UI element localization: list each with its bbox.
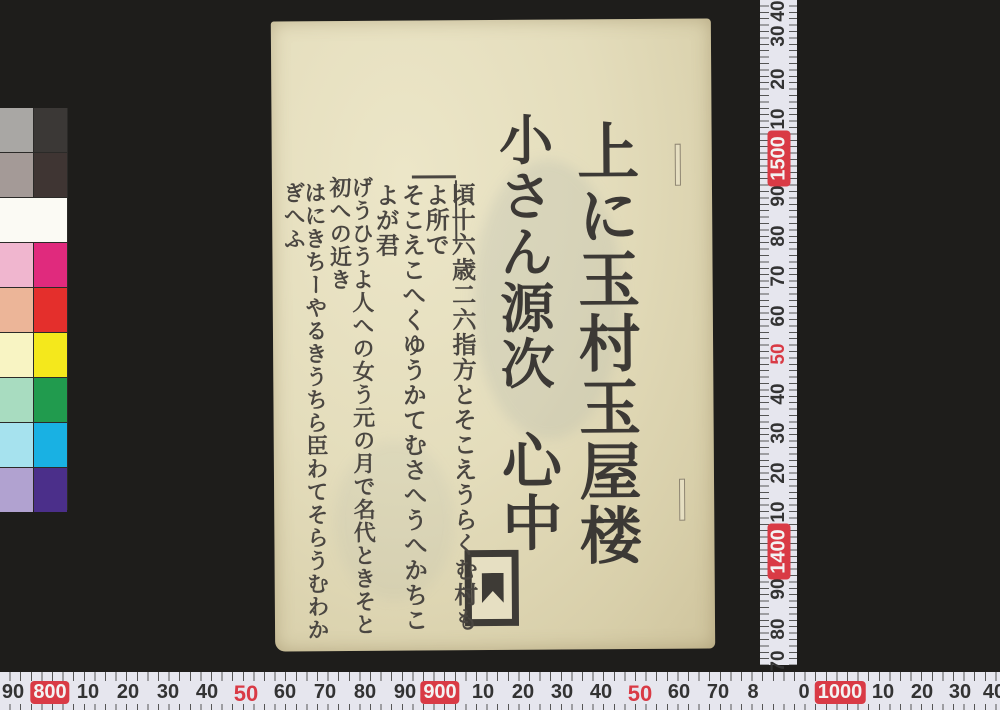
ruler-label: 20: [512, 681, 534, 704]
ruler-label: 60: [274, 681, 296, 704]
ruler-ticks: [0, 704, 1000, 710]
color-patch: [34, 378, 67, 422]
color-patch: [34, 153, 67, 197]
ruler-label-major: 1000: [815, 681, 866, 704]
ruler-label: 60: [668, 681, 690, 704]
ruler-label: 80: [768, 221, 790, 251]
ruler-label: 10: [472, 681, 494, 704]
ruler-label: 20: [117, 681, 139, 704]
horizontal-ruler: 90 800 10 20 30 40 50 60 70 80 90 900 10…: [0, 672, 1000, 710]
ruler-label: 20: [768, 458, 790, 488]
body-text-column-3: げうひうよ人への女う元の月で名代ときそと初への近き: [327, 176, 374, 651]
color-patch: [34, 108, 67, 152]
ruler-label: 70: [707, 681, 729, 704]
ruler-label: 10: [768, 497, 790, 527]
ruler-label: 10: [768, 104, 790, 134]
rule-line: [412, 175, 456, 178]
ruler-label: 40: [768, 379, 790, 409]
ruler-label-major: 1400: [768, 524, 791, 580]
ruler-label: 20: [911, 681, 933, 704]
ruler-label: 90: [768, 181, 790, 211]
ruler-label: 70: [314, 681, 336, 704]
ruler-label: 10: [872, 681, 894, 704]
color-patch: [34, 243, 67, 287]
ruler-label-major: 1500: [768, 131, 791, 187]
color-patch: [0, 153, 33, 197]
ruler-label: 90: [2, 681, 24, 704]
color-patch: [0, 108, 33, 152]
ruler-label-mid: 50: [234, 681, 258, 707]
color-patch: [0, 243, 33, 287]
ruler-label: 0: [798, 681, 809, 704]
ruler-label: 40: [983, 681, 1000, 704]
document-page: 上に玉村玉屋楼 小さん源次 心中 頃十六歳二六指方とそこえうらくむ村もよ所で そ…: [271, 18, 715, 651]
color-patch-white: [0, 198, 67, 242]
ruler-label: 10: [77, 681, 99, 704]
color-patch: [34, 288, 67, 332]
title-column-1: 上に玉村玉屋楼: [569, 119, 638, 567]
color-patch: [0, 468, 33, 512]
color-patch: [34, 468, 67, 512]
ruler-label: 30: [551, 681, 573, 704]
ruler-label: 80: [354, 681, 376, 704]
color-patch: [0, 423, 33, 467]
ruler-label-mid: 50: [628, 681, 652, 707]
ruler-label: 40: [590, 681, 612, 704]
ruler-label: 60: [768, 301, 790, 331]
ruler-label: 90: [768, 574, 790, 604]
title-column-3: 心中: [496, 430, 559, 554]
color-patch: [34, 333, 67, 377]
color-patch: [34, 423, 67, 467]
body-text-column-1: 頃十六歳二六指方とそこえうらくむ村もよ所で: [422, 182, 477, 650]
ruler-label: 30: [949, 681, 971, 704]
body-text-column-2: そこえこへくゆうかてむさへうへかちこよが君: [372, 182, 427, 650]
ruler-label: 40: [196, 681, 218, 704]
ruler-label: 30: [768, 418, 790, 448]
ruler-label: 30: [157, 681, 179, 704]
color-checker: [0, 108, 68, 510]
ruler-label: 30: [768, 21, 790, 51]
ruler-label: 70: [768, 261, 790, 291]
ruler-label-major: 900: [420, 681, 459, 704]
ruler-label: 20: [768, 64, 790, 94]
color-patch: [0, 378, 33, 422]
binding-stitch: [679, 479, 685, 521]
ruler-label: 90: [394, 681, 416, 704]
ruler-label: 80: [768, 614, 790, 644]
ruler-ticks: [0, 672, 1000, 681]
ruler-label: 8: [747, 681, 758, 704]
title-column-2: 小さん源次: [493, 112, 553, 392]
color-patch: [0, 333, 33, 377]
body-text-column-4: はにきちーやるきうちら臣わてそらうむわかぎへふ: [282, 181, 327, 651]
ruler-label-mid: 50: [768, 339, 790, 369]
color-patch: [0, 288, 33, 332]
vertical-ruler: 40 30 20 10 1500 90 80 70 60 50 40 30 20…: [760, 0, 797, 665]
ruler-label-major: 800: [30, 681, 69, 704]
binding-stitch: [675, 144, 681, 186]
